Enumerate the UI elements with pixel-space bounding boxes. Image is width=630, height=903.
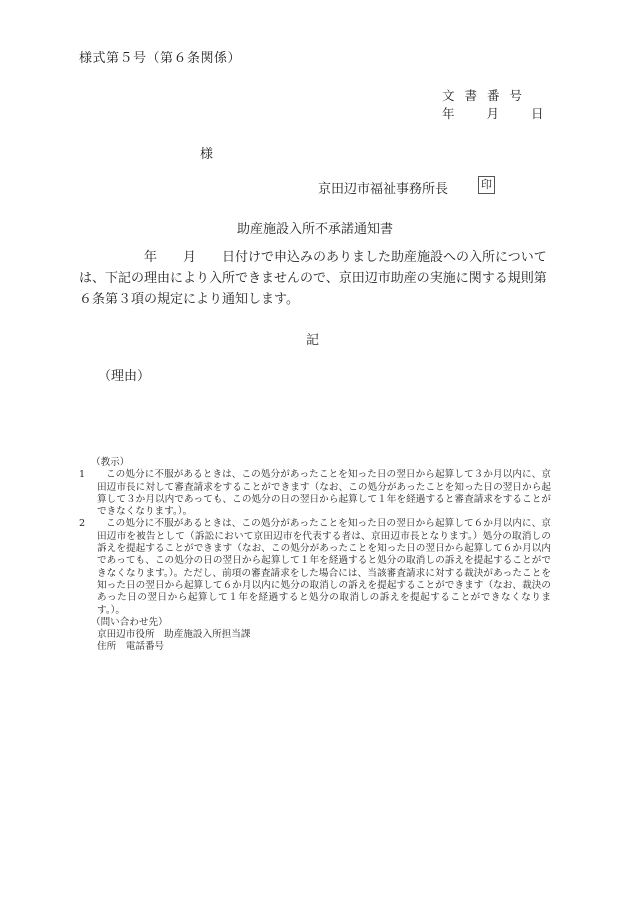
notice-item: 2 この処分に不服があるときは、この処分があったことを知った日の翌日から起算して…	[79, 518, 551, 616]
form-number: 様式第５号（第６条関係）	[79, 47, 241, 66]
notice-item-text: この処分に不服があるときは、この処分があったことを知った日の翌日から起算して６か…	[97, 518, 551, 616]
date-year: 年	[442, 104, 455, 122]
notice-item-text: この処分に不服があるときは、この処分があったことを知った日の翌日から起算して３か…	[97, 469, 551, 518]
notice-section: （教示） 1 この処分に不服があるときは、この処分があったことを知った日の翌日か…	[79, 457, 551, 654]
body-paragraph: 年 月 日付けで申込みのありました助産施設への入所については、下記の理由により入…	[79, 247, 549, 310]
reason-label: （理由）	[98, 365, 150, 384]
document-date: 年月日	[442, 104, 544, 122]
notice-item: 1 この処分に不服があるときは、この処分があったことを知った日の翌日から起算して…	[79, 469, 551, 518]
body-text: 年 月 日付けで申込みのありました助産施設への入所については、下記の理由により入…	[79, 247, 549, 310]
ki-heading: 記	[306, 329, 319, 348]
document-title: 助産施設入所不承諾通知書	[0, 218, 630, 237]
contact-office: 京田辺市役所 助産施設入所担当課	[79, 629, 551, 641]
notice-item-number: 1	[79, 469, 97, 518]
addressee-suffix: 様	[200, 143, 213, 162]
notice-item-number: 2	[79, 518, 97, 616]
date-month: 月	[487, 104, 500, 122]
date-day: 日	[531, 104, 544, 122]
notice-heading: （教示）	[79, 457, 551, 469]
issuer-name: 京田辺市福祉事務所長	[318, 178, 448, 197]
document-number-label: 文書番号	[442, 86, 532, 104]
contact-heading: （問い合わせ先）	[79, 617, 551, 629]
contact-address: 住所 電話番号	[79, 641, 551, 653]
seal-mark: 印	[478, 176, 495, 194]
